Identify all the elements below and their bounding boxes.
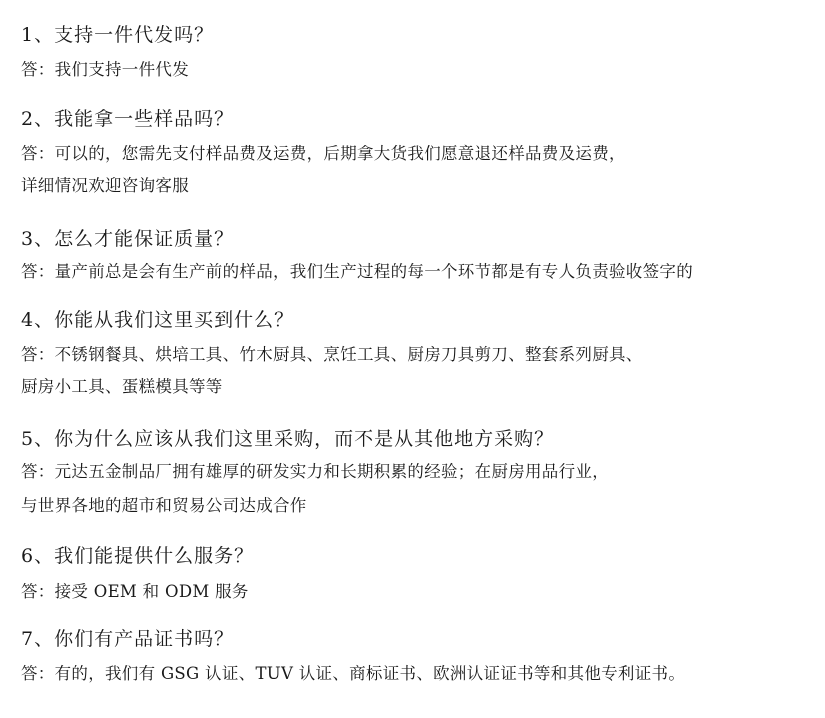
faq-answer-4-line-1: 答：不锈钢餐具、烘培工具、竹木厨具、烹饪工具、厨房刀具剪刀、整套系列厨具、 <box>21 347 643 364</box>
faq-question-5: 5、你为什么应该从我们这里采购，而不是从其他地方采购？ <box>21 430 554 449</box>
faq-answer-2-line-1: 答：可以的，您需先支付样品费及运费，后期拿大货我们愿意退还样品费及运费， <box>21 146 626 163</box>
faq-question-6: 6、我们能提供什么服务？ <box>21 547 254 566</box>
faq-answer-7-line-1: 答：有的，我们有 GSG 认证、TUV 认证、商标证书、欧洲认证证书等和其他专利… <box>21 666 685 683</box>
faq-question-4: 4、你能从我们这里买到什么？ <box>21 311 294 330</box>
faq-question-7: 7、你们有产品证书吗？ <box>21 630 234 649</box>
faq-question-3: 3、怎么才能保证质量？ <box>21 230 234 249</box>
faq-answer-3-line-1: 答：量产前总是会有生产前的样品，我们生产过程的每一个环节都是有专人负责验收签字的 <box>21 264 693 281</box>
faq-answer-6-line-1: 答：接受 OEM 和 ODM 服务 <box>21 584 249 601</box>
faq-answer-2-line-2: 详细情况欢迎咨询客服 <box>21 178 189 195</box>
faq-answer-1-line-1: 答：我们支持一件代发 <box>21 62 189 79</box>
faq-question-1: 1、支持一件代发吗？ <box>21 26 214 45</box>
faq-question-2: 2、我能拿一些样品吗？ <box>21 110 234 129</box>
faq-answer-5-line-1: 答：元达五金制品厂拥有雄厚的研发实力和长期积累的经验；在厨房用品行业， <box>21 464 609 481</box>
faq-answer-5-line-2: 与世界各地的超市和贸易公司达成合作 <box>21 498 307 515</box>
faq-answer-4-line-2: 厨房小工具、蛋糕模具等等 <box>21 379 223 396</box>
